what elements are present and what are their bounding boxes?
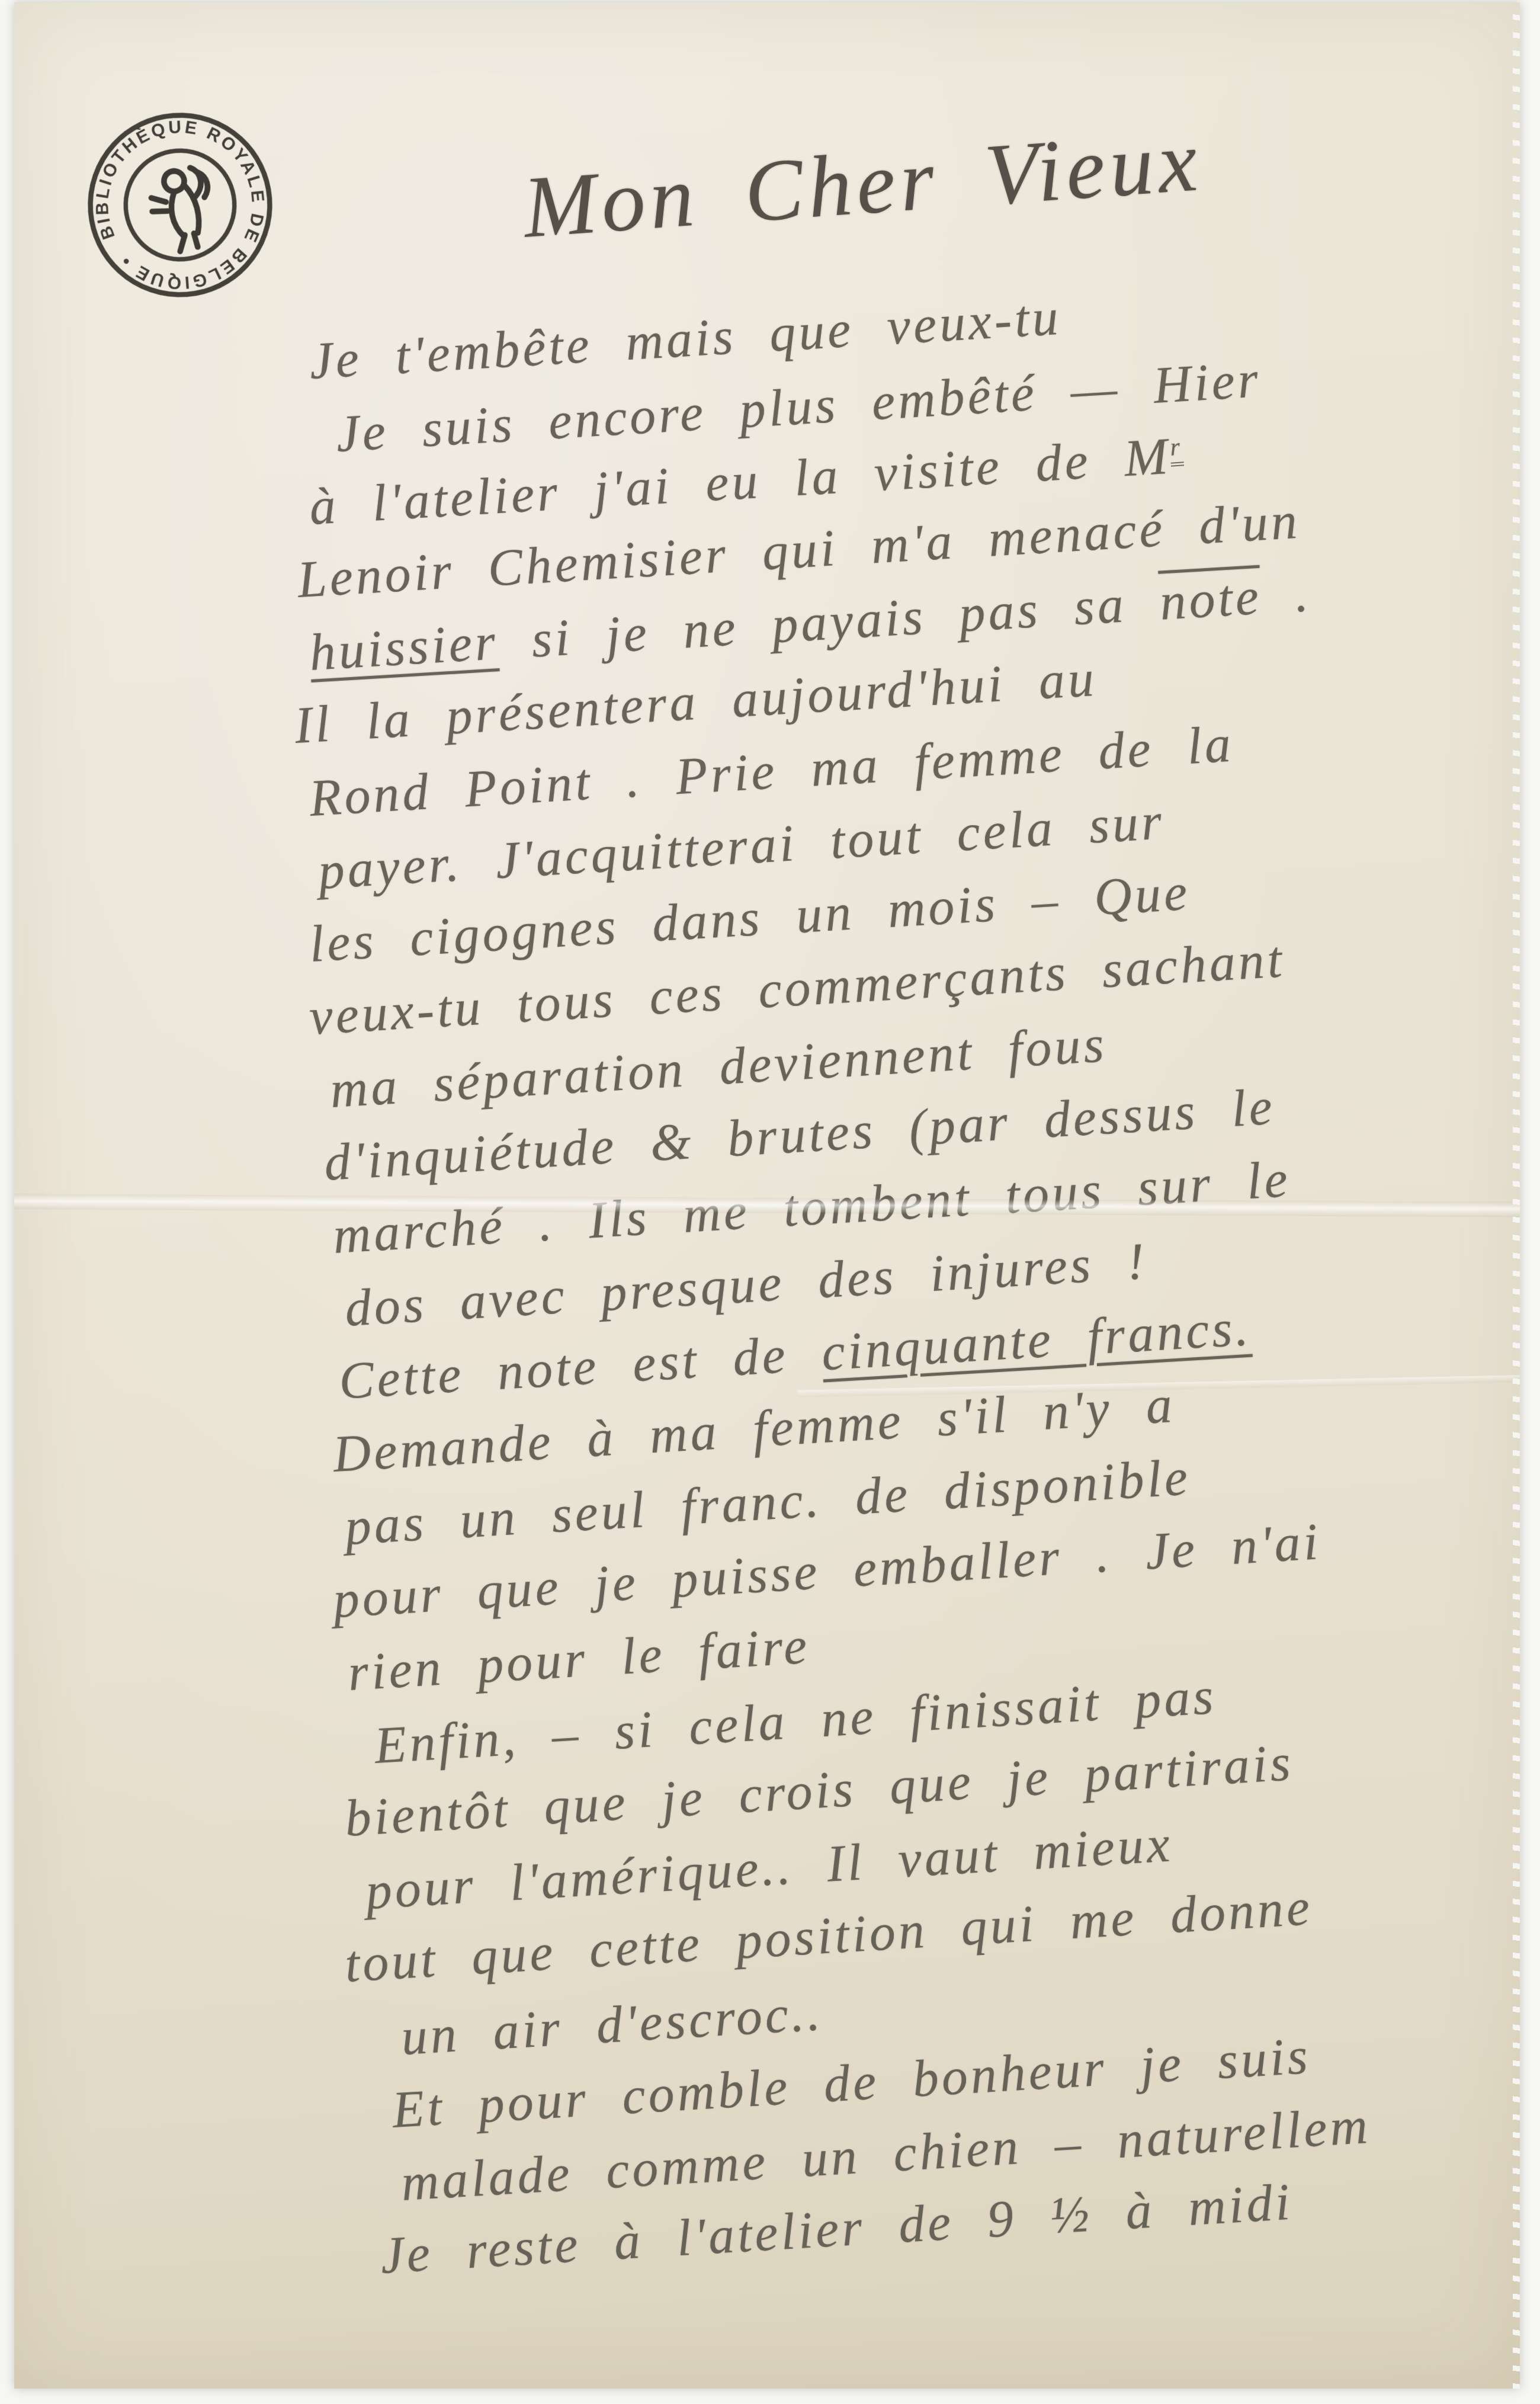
letter-line-mark: r	[1169, 432, 1184, 466]
library-stamp: BIBLIOTHÈQUE ROYALE DE BELGIQUE •	[53, 78, 307, 332]
stamp-circular-text: BIBLIOTHÈQUE ROYALE DE BELGIQUE •	[63, 87, 297, 322]
letter-paper: BIBLIOTHÈQUE ROYALE DE BELGIQUE • Mon Ch…	[14, 2, 1520, 2389]
salutation: Mon Cher Vieux	[520, 110, 1205, 258]
letter-line-mark: note	[1158, 568, 1263, 632]
letter-body: Je t'embête mais que veux-tuJe suis enco…	[14, 332, 1520, 2299]
letter-line-mark: huissier	[308, 613, 500, 682]
stamp-text-arc	[84, 108, 276, 301]
library-stamp-graphic: BIBLIOTHÈQUE ROYALE DE BELGIQUE •	[53, 78, 307, 332]
letter-line-text: .	[1260, 565, 1313, 626]
